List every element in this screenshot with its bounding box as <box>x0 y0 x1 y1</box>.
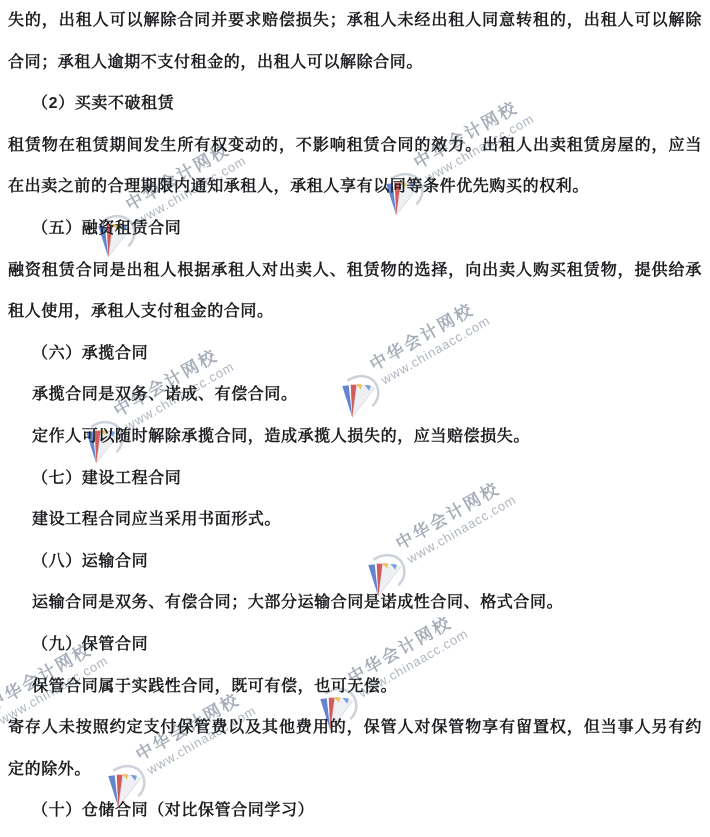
doc-heading: （五）融资租赁合同 <box>8 208 702 250</box>
doc-heading: （九）保管合同 <box>8 624 702 666</box>
doc-line: 运输合同是双务、有偿合同；大部分运输合同是诺成性合同、格式合同。 <box>8 582 702 624</box>
doc-line: 融资租赁合同是出租人根据承租人对出卖人、租赁物的选择，向出卖人购买租赁物，提供给… <box>8 250 702 292</box>
doc-line: 失的，出租人可以解除合同并要求赔偿损失；承租人未经出租人同意转租的，出租人可以解… <box>8 0 702 42</box>
doc-line: 定作人可以随时解除承揽合同，造成承揽人损失的，应当赔偿损失。 <box>8 416 702 458</box>
doc-line: 在出卖之前的合理期限内通知承租人，承租人享有以同等条件优先购买的权利。 <box>8 166 702 208</box>
doc-line: 租人使用，承租人支付租金的合同。 <box>8 291 702 333</box>
doc-heading: （2）买卖不破租赁 <box>8 83 702 125</box>
doc-line: 合同；承租人逾期不支付租金的，出租人可以解除合同。 <box>8 42 702 84</box>
doc-line: 定的除外。 <box>8 749 702 791</box>
doc-line: 建设工程合同应当采用书面形式。 <box>8 499 702 541</box>
document-page: 中华会计网校 www.chinaacc.com 中华会计网校 www.china… <box>0 0 710 837</box>
doc-line: 保管合同属于实践性合同，既可有偿，也可无偿。 <box>8 666 702 708</box>
document-body: 失的，出租人可以解除合同并要求赔偿损失；承租人未经出租人同意转租的，出租人可以解… <box>0 0 710 837</box>
doc-heading: （七）建设工程合同 <box>8 458 702 500</box>
doc-heading: （八）运输合同 <box>8 541 702 583</box>
doc-line: 租赁物在租赁期间发生所有权变动的，不影响租赁合同的效力。出租人出卖租赁房屋的，应… <box>8 125 702 167</box>
doc-heading: （十）仓储合同（对比保管合同学习） <box>8 790 702 832</box>
doc-heading: （六）承揽合同 <box>8 333 702 375</box>
doc-line: 寄存人未按照约定支付保管费以及其他费用的，保管人对保管物享有留置权，但当事人另有… <box>8 707 702 749</box>
doc-line: 承揽合同是双务、诺成、有偿合同。 <box>8 374 702 416</box>
